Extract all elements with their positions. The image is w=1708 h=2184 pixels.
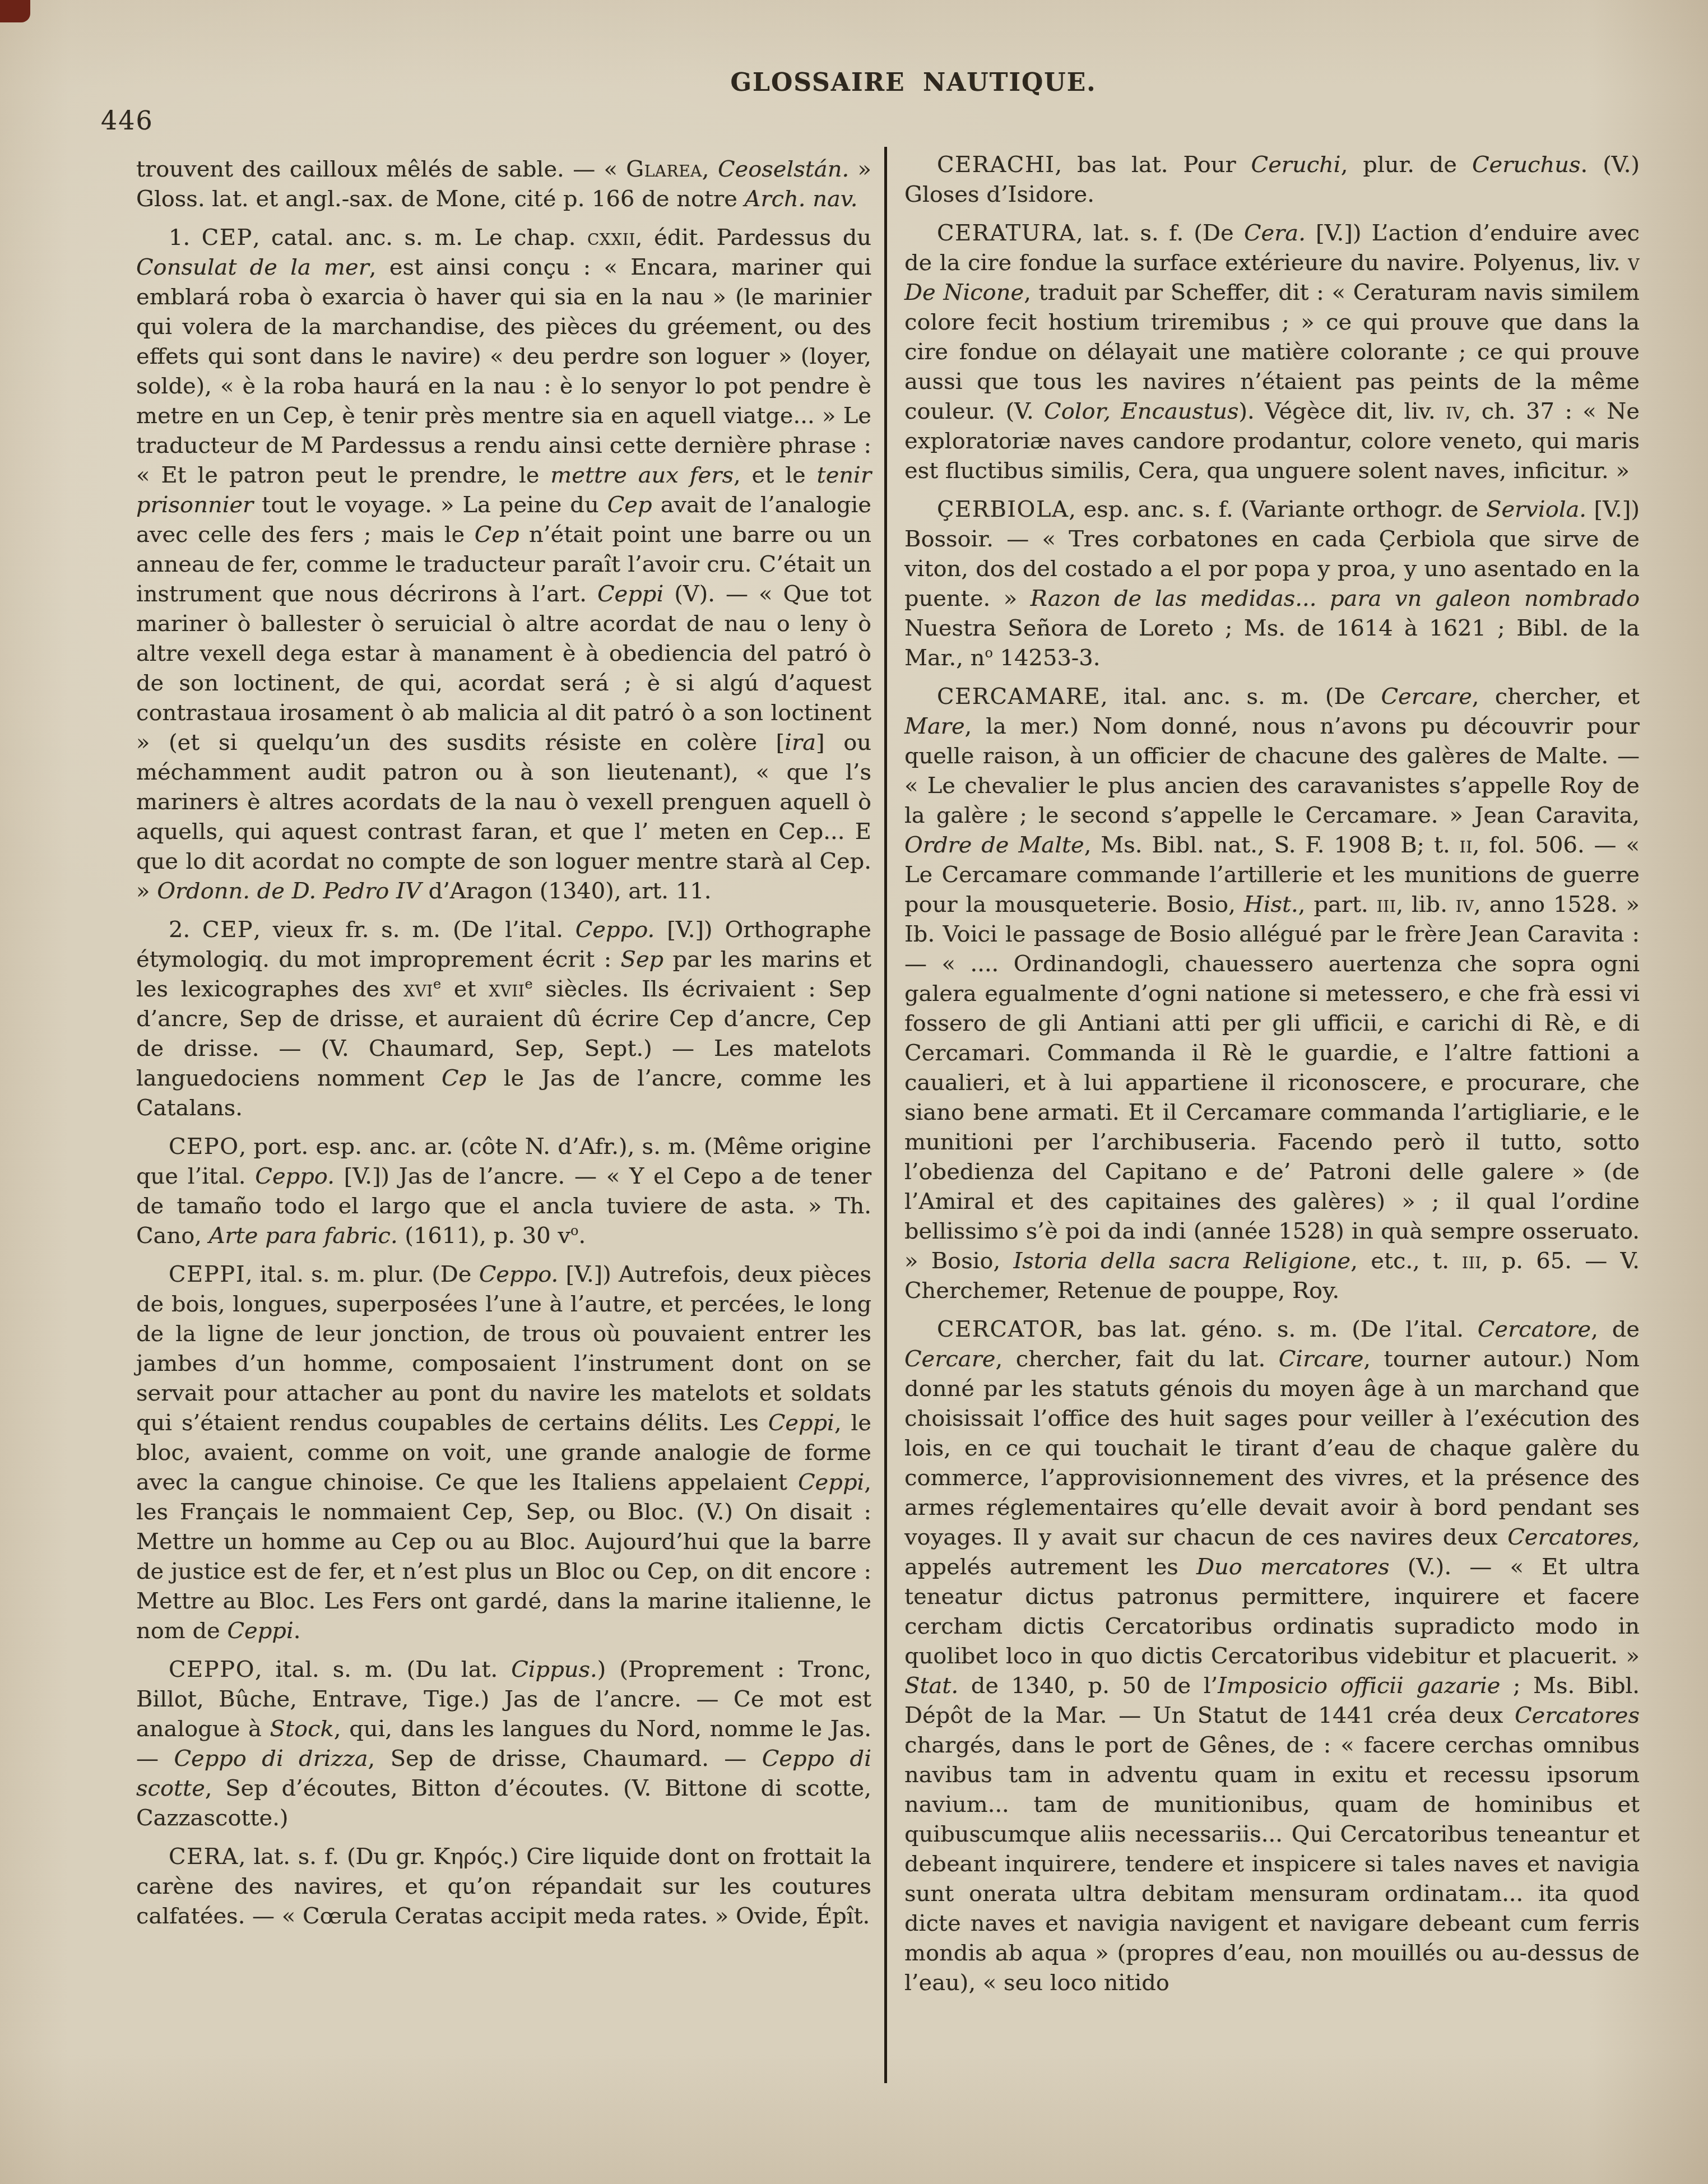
text-segment: Consulat de la mer bbox=[136, 254, 369, 280]
text-segment: , Ms. Bibl. nat., S. F. 1908 B; t. bbox=[1084, 832, 1460, 858]
entry-cep-2: 2. CEP, vieux fr. s. m. (De l’ital. Cepp… bbox=[136, 915, 871, 1123]
text-segment: Ceppo di drizza bbox=[174, 1746, 368, 1772]
entry-headword: CEP bbox=[202, 917, 253, 943]
text-segment: Ceppi bbox=[768, 1410, 834, 1436]
text-segment: [V.]) Autrefois, deux pièces de bois, lo… bbox=[136, 1262, 871, 1436]
text-segment: ii bbox=[1460, 832, 1473, 858]
text-segment: Ceruchi bbox=[1251, 152, 1341, 178]
text-segment: , bbox=[702, 156, 718, 182]
entry-headword: CEPPO bbox=[169, 1657, 255, 1682]
text-segment: Istoria della sacra Religione bbox=[1014, 1248, 1351, 1274]
entry-headword: CEPO bbox=[169, 1134, 239, 1160]
text-segment: de 1340, p. 50 de l’ bbox=[958, 1673, 1218, 1699]
text-segment: Ceppi bbox=[227, 1618, 293, 1644]
entry-cepo: CEPO, port. esp. anc. ar. (côte N. d’Afr… bbox=[136, 1132, 871, 1251]
text-segment: e bbox=[525, 976, 532, 992]
text-segment: Cercare bbox=[1381, 684, 1472, 710]
left-column: trouvent des cailloux mêlés de sable. — … bbox=[136, 155, 871, 1931]
text-segment: , esp. anc. s. f. (Variante orthogr. de bbox=[1069, 497, 1486, 522]
text-segment: Ceppo. bbox=[255, 1163, 335, 1189]
text-segment: , ital. anc. s. m. (De bbox=[1101, 684, 1381, 710]
text-segment: v bbox=[1628, 250, 1640, 276]
scan-corner-artifact bbox=[0, 0, 30, 22]
entry-headword: ÇERBIOLA bbox=[937, 497, 1069, 522]
text-segment: , catal. anc. s. m. Le chap. bbox=[253, 225, 587, 251]
entry-cerachi: CERACHI, bas lat. Pour Ceruchi, plur. de… bbox=[904, 150, 1640, 210]
text-segment: Cercatores bbox=[1515, 1703, 1640, 1728]
text-segment: Cep bbox=[607, 492, 652, 518]
entry-cerbiola: ÇERBIOLA, esp. anc. s. f. (Variante orth… bbox=[904, 495, 1640, 673]
text-segment: et bbox=[441, 976, 489, 1002]
text-segment: , plur. de bbox=[1341, 152, 1472, 178]
text-segment: , anno 1528. » Ib. Voici le passage de B… bbox=[904, 892, 1640, 1274]
text-segment: Arte para fabric. bbox=[209, 1223, 398, 1249]
text-segment: , chercher, fait du lat. bbox=[995, 1346, 1278, 1372]
text-segment: , chercher, et bbox=[1472, 684, 1640, 710]
text-segment: Mare bbox=[904, 713, 965, 739]
text-segment: , bas lat. géno. s. m. (De l’ital. bbox=[1076, 1316, 1478, 1342]
text-segment: Hist. bbox=[1244, 892, 1298, 917]
right-column: CERACHI, bas lat. Pour Ceruchi, plur. de… bbox=[904, 150, 1640, 1998]
text-segment: , ital. s. m. (Du lat. bbox=[255, 1657, 511, 1682]
text-segment: Ceoselstán. bbox=[718, 156, 849, 182]
page-number: 446 bbox=[101, 105, 154, 136]
running-header: GLOSSAIRE NAUTIQUE. bbox=[650, 68, 1177, 97]
text-segment: iv bbox=[1456, 892, 1474, 917]
entry-headword: CERA bbox=[169, 1844, 239, 1870]
text-segment: Stat. bbox=[904, 1673, 958, 1699]
text-segment: De Nicone bbox=[904, 280, 1024, 305]
text-segment: Stock bbox=[270, 1716, 334, 1742]
text-segment: , part. bbox=[1298, 892, 1377, 917]
entry-ceratura: CERATURA, lat. s. f. (De Cera. [V.]) L’a… bbox=[904, 219, 1640, 486]
text-segment: , est ainsi conçu : « Encara, mariner qu… bbox=[136, 254, 871, 488]
text-segment: chargés, dans le port de Gênes, de : « f… bbox=[904, 1732, 1640, 1996]
text-segment: Serviola. bbox=[1486, 497, 1586, 522]
entry-cera: CERA, lat. s. f. (Du gr. Κηρός.) Cire li… bbox=[136, 1842, 871, 1931]
text-segment: Razon de las medidas... para vn galeon n… bbox=[1031, 586, 1640, 611]
text-segment: iii bbox=[1377, 892, 1396, 917]
text-segment: o bbox=[985, 645, 992, 661]
text-segment: Sep bbox=[621, 947, 664, 972]
text-segment: Cep bbox=[475, 522, 519, 548]
text-segment: Ceruchus bbox=[1472, 152, 1581, 178]
text-segment: mettre aux fers bbox=[550, 462, 734, 488]
scanned-book-page: 446 GLOSSAIRE NAUTIQUE. trouvent des cai… bbox=[0, 0, 1708, 2184]
text-segment: 2. bbox=[169, 917, 202, 943]
text-segment: 1. bbox=[169, 225, 202, 251]
text-segment: Cep bbox=[442, 1065, 486, 1091]
text-segment: Duo mercatores bbox=[1196, 1554, 1390, 1580]
text-segment: Cercatore bbox=[1478, 1316, 1591, 1342]
text-segment: Cercatores, bbox=[1507, 1524, 1640, 1550]
text-segment: Ceppo. bbox=[575, 917, 655, 943]
text-segment: tout le voyage. » La peine du bbox=[253, 492, 607, 518]
text-segment: Cera. bbox=[1244, 220, 1306, 246]
text-segment: , etc., t. bbox=[1350, 1248, 1462, 1274]
text-segment: e bbox=[433, 976, 441, 992]
text-segment: , tourner autour.) Nom donné par les sta… bbox=[904, 1346, 1640, 1550]
text-segment: o bbox=[570, 1223, 578, 1239]
entry-headword: CERACHI bbox=[937, 152, 1055, 178]
text-segment: , lat. s. f. (Du gr. Κηρός.) Cire liquid… bbox=[136, 1844, 871, 1929]
text-segment: (V). — « Que tot mariner ò ballester ò s… bbox=[136, 581, 871, 755]
text-segment: Glarea bbox=[626, 156, 702, 182]
entry-cercator: CERCATOR, bas lat. géno. s. m. (De l’ita… bbox=[904, 1315, 1640, 1998]
text-segment: cxxii bbox=[587, 225, 635, 251]
text-segment: , et le bbox=[734, 462, 817, 488]
continuation-paragraph-glarea: trouvent des cailloux mêlés de sable. — … bbox=[136, 155, 871, 214]
text-segment: ). Végèce dit, liv. bbox=[1238, 398, 1446, 424]
text-segment: , lib. bbox=[1396, 892, 1455, 917]
text-segment: , lat. s. f. (De bbox=[1076, 220, 1244, 246]
text-segment: xvi bbox=[403, 976, 433, 1002]
entry-cep-1: 1. CEP, catal. anc. s. m. Le chap. cxxii… bbox=[136, 223, 871, 906]
text-segment: Ceppi bbox=[798, 1469, 864, 1495]
text-segment: , Sep d’écoutes, Bitton d’écoutes. (V. B… bbox=[136, 1775, 871, 1831]
entry-headword: CEPPI bbox=[169, 1262, 245, 1287]
entry-headword: CERATURA bbox=[937, 220, 1076, 246]
text-segment: Ceppi bbox=[597, 581, 663, 607]
text-segment: , bas lat. Pour bbox=[1055, 152, 1251, 178]
text-segment: xvii bbox=[489, 976, 525, 1002]
text-segment: appelés autrement les bbox=[904, 1554, 1196, 1580]
entry-ceppo: CEPPO, ital. s. m. (Du lat. Cippus.) (Pr… bbox=[136, 1655, 871, 1833]
column-divider-rule bbox=[884, 147, 887, 2083]
text-segment: iii bbox=[1462, 1248, 1482, 1274]
text-segment: Arch. nav. bbox=[745, 186, 858, 212]
text-segment: Circare bbox=[1279, 1346, 1364, 1372]
entry-headword: CERCAMARE bbox=[937, 684, 1101, 710]
text-segment: , vieux fr. s. m. (De l’ital. bbox=[253, 917, 575, 943]
text-segment: ira bbox=[785, 730, 816, 755]
text-segment: Ordonn. de D. Pedro IV bbox=[157, 878, 421, 904]
text-segment: , la mer.) Nom donné, nous n’avons pu dé… bbox=[904, 713, 1640, 828]
text-segment: Imposicio officii gazarie bbox=[1218, 1673, 1500, 1699]
text-segment: trouvent des cailloux mêlés de sable. — … bbox=[136, 156, 626, 182]
entry-headword: CERCATOR bbox=[937, 1316, 1076, 1342]
text-segment: Ordre de Malte bbox=[904, 832, 1084, 858]
text-segment: . bbox=[294, 1618, 301, 1644]
text-segment: , ital. s. m. plur. (De bbox=[245, 1262, 479, 1287]
entry-headword: CEP bbox=[202, 225, 253, 251]
entry-ceppi: CEPPI, ital. s. m. plur. (De Ceppo. [V.]… bbox=[136, 1260, 871, 1646]
entry-cercamare: CERCAMARE, ital. anc. s. m. (De Cercare,… bbox=[904, 682, 1640, 1306]
text-segment: Ceppo. bbox=[479, 1262, 559, 1287]
text-segment: d’Aragon (1340), art. 11. bbox=[421, 878, 712, 904]
text-segment: iv bbox=[1446, 398, 1464, 424]
text-segment: , de bbox=[1591, 1316, 1640, 1342]
text-segment: (1611), p. 30 v bbox=[398, 1223, 570, 1249]
text-segment: , édit. Pardessus du bbox=[635, 225, 871, 251]
text-segment: , Sep de drisse, Chaumard. — bbox=[368, 1746, 762, 1772]
text-segment: 14253-3. bbox=[993, 645, 1101, 671]
text-segment: . bbox=[579, 1223, 586, 1249]
text-segment: Color, Encaustus bbox=[1044, 398, 1238, 424]
text-segment: Cippus. bbox=[511, 1657, 597, 1682]
text-segment: Cercare bbox=[904, 1346, 995, 1372]
